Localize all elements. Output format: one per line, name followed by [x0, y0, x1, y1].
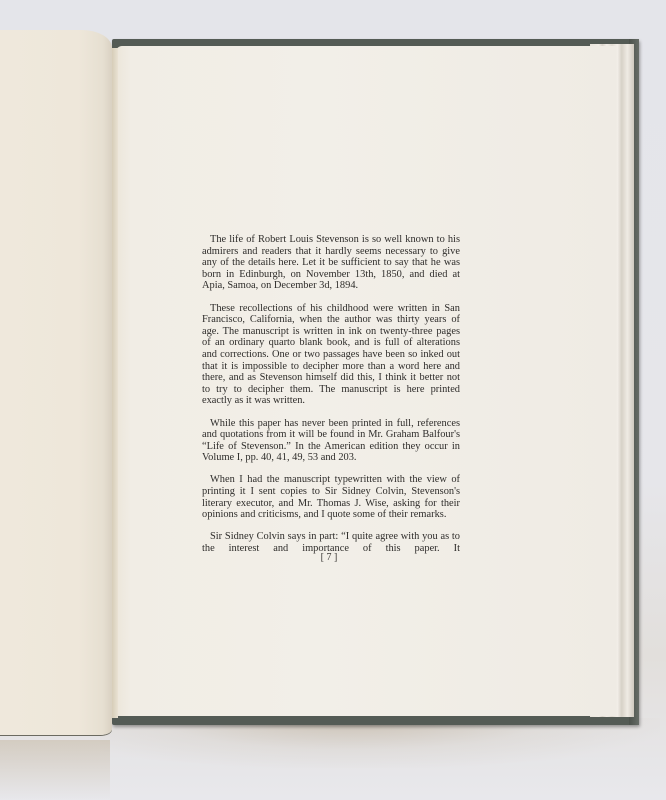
left-page	[0, 30, 112, 735]
table-shadow	[100, 718, 660, 768]
paragraph-recollections: These recollections of his childhood wer…	[202, 303, 460, 407]
paragraph-publication: While this paper has never been printed …	[202, 418, 460, 464]
book-gutter	[112, 48, 118, 718]
page-number: [ 7 ]	[309, 552, 349, 563]
paragraph-typewritten: When I had the manuscript typewritten wi…	[202, 474, 460, 520]
left-table-shadow	[0, 740, 110, 800]
page-text-block: The life of Robert Louis Stevenson is so…	[202, 234, 460, 565]
paragraph-intro: The life of Robert Louis Stevenson is so…	[202, 234, 460, 292]
